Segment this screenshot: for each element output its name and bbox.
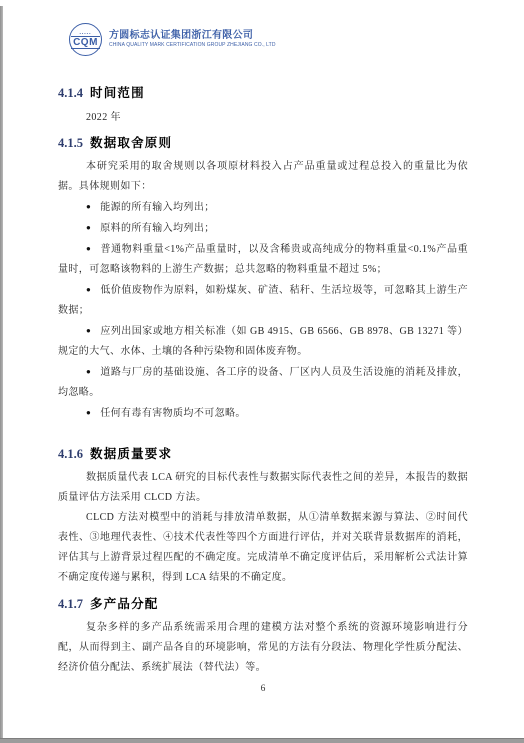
page-number: 6 <box>58 684 468 694</box>
paragraph-data-quality-2: CLCD 方法对模型中的消耗与排放清单数据，从①清单数据来源与算法、②时间代表性… <box>58 508 468 588</box>
bullet-icon: ● <box>86 408 91 417</box>
paragraph-allocation: 复杂多样的多产品系统需采用合理的建模方法对整个系统的资源环境影响进行分配，从而得… <box>58 618 468 678</box>
list-item-text: 普通物料重量<1%产品重量时，以及含稀贵或高纯成分的物料重量<0.1%产品重量时… <box>58 244 468 275</box>
paragraph-time-scope: 2022 年 <box>58 108 468 128</box>
list-item-text: 能源的所有输入均列出； <box>100 202 214 213</box>
document-body: 4.1.4时间范围 2022 年 4.1.5数据取舍原则 本研究采用的取舍规则以… <box>58 85 468 694</box>
scan-bottom-edge <box>0 738 524 743</box>
section-number: 4.1.4 <box>58 86 83 100</box>
list-item-text: 原料的所有输入均列出； <box>100 223 214 234</box>
list-item-text: 任何有毒有害物质均不可忽略。 <box>100 408 246 419</box>
logo-acronym: CQM <box>71 36 100 49</box>
section-title: 时间范围 <box>90 86 145 100</box>
bullet-icon: ● <box>86 326 91 335</box>
paragraph-data-quality-1: 数据质量代表 LCA 研究的目标代表性与数据实际代表性之间的差异，本报告的数据质… <box>58 468 468 508</box>
section-heading-4-1-4: 4.1.4时间范围 <box>58 85 468 101</box>
section-heading-4-1-7: 4.1.7多产品分配 <box>58 596 468 612</box>
section-title: 多产品分配 <box>90 597 159 611</box>
list-item-text: 应列出国家或地方相关标准（如 GB 4915、GB 6566、GB 8978、G… <box>58 326 468 357</box>
section-number: 4.1.5 <box>58 136 83 150</box>
company-name-block: 方圆标志认证集团浙江有限公司 CHINA QUALITY MARK CERTIF… <box>109 29 276 49</box>
section-heading-4-1-5: 4.1.5数据取舍原则 <box>58 135 468 151</box>
list-item-text: 低价值废物作为原料，如粉煤灰、矿渣、秸秆、生活垃圾等，可忽略其上游生产数据； <box>58 285 468 316</box>
list-item: ●道路与厂房的基础设施、各工序的设备、厂区内人员及生活设施的消耗及排放，均忽略。 <box>58 362 468 403</box>
list-item: ●任何有毒有害物质均不可忽略。 <box>58 403 468 424</box>
document-page: { "header": { "logo_acronym": "CQM", "co… <box>0 0 524 743</box>
list-item-text: 道路与厂房的基础设施、各工序的设备、厂区内人员及生活设施的消耗及排放，均忽略。 <box>58 367 468 398</box>
company-name-en: CHINA QUALITY MARK CERTIFICATION GROUP Z… <box>109 42 276 49</box>
list-item: ●普通物料重量<1%产品重量时，以及含稀贵或高纯成分的物料重量<0.1%产品重量… <box>58 239 468 280</box>
section-title: 数据质量要求 <box>90 447 172 461</box>
list-item: ●低价值废物作为原料，如粉煤灰、矿渣、秸秆、生活垃圾等，可忽略其上游生产数据； <box>58 280 468 321</box>
list-item: ●能源的所有输入均列出； <box>58 197 468 218</box>
section-title: 数据取舍原则 <box>90 136 172 150</box>
cqm-logo-icon: ••••• CQM <box>69 23 102 56</box>
paragraph-cutoff-intro: 本研究采用的取舍规则以各项原材料投入占产品重量或过程总投入的重量比为依据。具体规… <box>58 157 468 197</box>
company-header: ••••• CQM 方圆标志认证集团浙江有限公司 CHINA QUALITY M… <box>69 21 524 57</box>
section-number: 4.1.6 <box>58 447 83 461</box>
list-item: ●原料的所有输入均列出； <box>58 218 468 239</box>
bullet-list: ●能源的所有输入均列出； ●原料的所有输入均列出； ●普通物料重量<1%产品重量… <box>58 197 468 424</box>
list-item: ●应列出国家或地方相关标准（如 GB 4915、GB 6566、GB 8978、… <box>58 321 468 362</box>
bullet-icon: ● <box>86 367 91 376</box>
bullet-icon: ● <box>86 285 91 294</box>
company-name-cn: 方圆标志认证集团浙江有限公司 <box>109 29 276 42</box>
bullet-icon: ● <box>86 202 91 211</box>
scan-left-edge <box>0 6 3 743</box>
bullet-icon: ● <box>86 223 91 232</box>
section-heading-4-1-6: 4.1.6数据质量要求 <box>58 446 468 462</box>
bullet-icon: ● <box>86 244 91 253</box>
section-number: 4.1.7 <box>58 597 83 611</box>
